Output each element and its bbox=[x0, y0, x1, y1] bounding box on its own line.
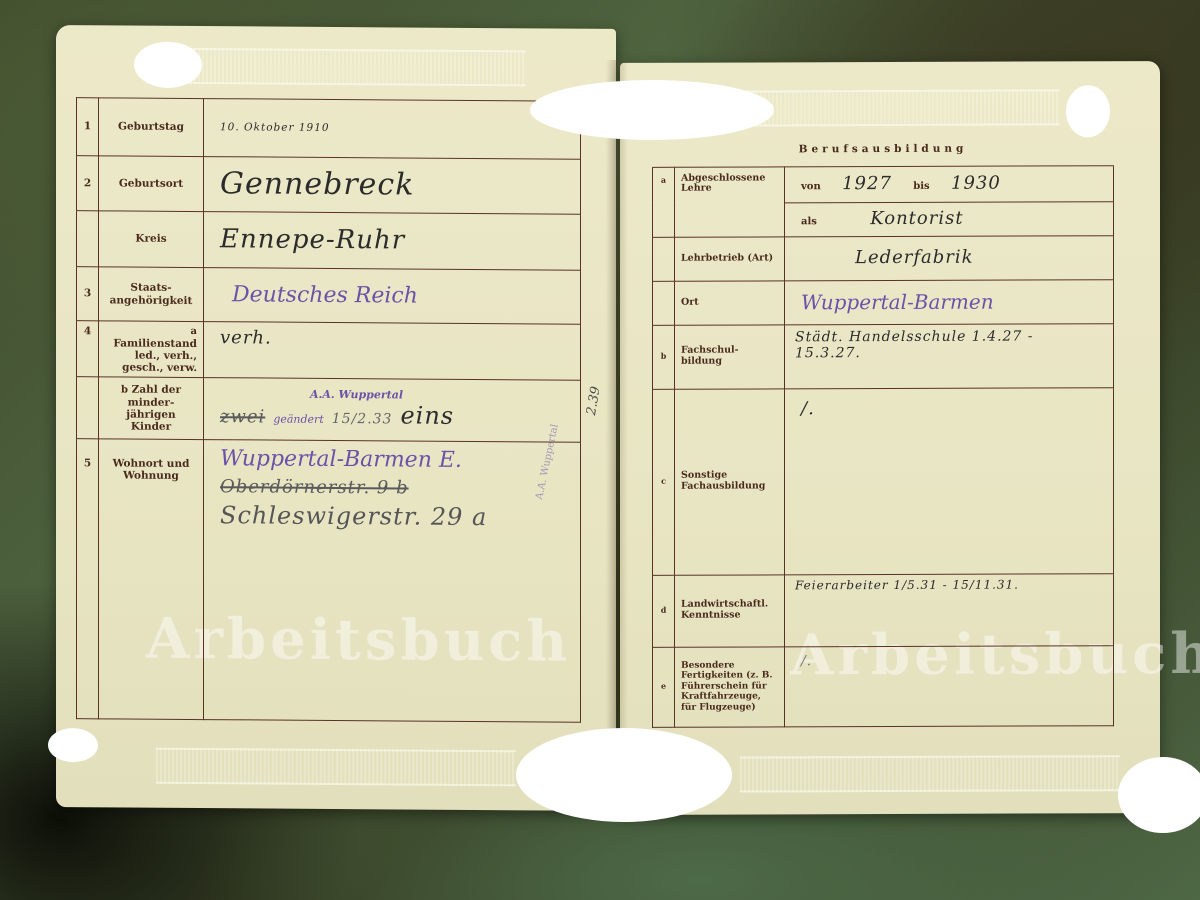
label-birthdate: Geburtstag bbox=[99, 98, 204, 157]
right-page: Arbeitsbuch Berufsausbildung a Abgeschlo… bbox=[620, 61, 1160, 815]
row-district: Kreis Ennepe-Ruhr bbox=[77, 211, 581, 271]
redaction-bottom-center bbox=[516, 728, 732, 822]
row-apprenticeship-period: a Abgeschlossene Lehre von 1927 bis 1930 bbox=[653, 165, 1114, 203]
redaction-top-center bbox=[530, 80, 774, 140]
value-special-skills: /. bbox=[785, 645, 1114, 726]
value-location-stamp: Wuppertal-Barmen bbox=[785, 279, 1114, 324]
value-apprenticeship-as: als Kontorist bbox=[785, 201, 1114, 236]
redaction-bottom-right bbox=[1118, 757, 1200, 833]
top-decorative-band bbox=[146, 48, 526, 87]
left-page: Arbeitsbuch 1 Geburtstag 10. Oktober 191… bbox=[56, 25, 616, 811]
value-children-struck: zwei bbox=[220, 407, 265, 428]
value-residence-city: Wuppertal-Barmen E. bbox=[220, 446, 564, 474]
value-training-company: Lederfabrik bbox=[785, 235, 1114, 280]
personal-data-table: 1 Geburtstag 10. Oktober 1910 2 Geburtso… bbox=[76, 97, 581, 723]
value-to-year: 1930 bbox=[951, 172, 1001, 193]
book-gutter bbox=[606, 60, 628, 812]
row-location: Ort Wuppertal-Barmen bbox=[653, 279, 1114, 325]
row-birthplace: 2 Geburtsort Gennebreck bbox=[77, 156, 581, 215]
value-district: Ennepe-Ruhr bbox=[204, 212, 581, 271]
title-row: Berufsausbildung bbox=[653, 131, 1114, 167]
value-technical-school: Städt. Handelsschule 1.4.27 - 15.3.27. bbox=[785, 323, 1114, 388]
row-technical-school: b Fachschul-bildung Städt. Handelsschule… bbox=[653, 323, 1114, 389]
stamp-date: 15/2.33 bbox=[332, 411, 393, 428]
row-residence: 5 Wohnort und Wohnung Wuppertal-Barmen E… bbox=[77, 439, 581, 723]
bottom-decorative-band bbox=[740, 755, 1120, 792]
value-birthplace: Gennebreck bbox=[204, 157, 581, 215]
bottom-decorative-band bbox=[156, 748, 516, 787]
margin-signature: 2.39 bbox=[584, 385, 604, 416]
value-children: eins bbox=[400, 402, 454, 430]
label-nationality: Staats-angehörigkeit bbox=[99, 267, 204, 322]
label-special-skills: Besondere Fertigkeiten (z. B. Führersche… bbox=[675, 646, 785, 726]
vocational-training-table: Berufsausbildung a Abgeschlossene Lehre … bbox=[652, 131, 1114, 727]
label-other-training: Sonstige Fachausbildung bbox=[675, 388, 785, 574]
stamp-changed: geändert bbox=[273, 414, 323, 427]
value-residence: Wuppertal-Barmen E. Oberdörnerstr. 9 b S… bbox=[204, 440, 581, 723]
label-birthplace: Geburtsort bbox=[99, 156, 204, 212]
value-minor-children: A.A. Wuppertal zwei geändert 15/2.33 ein… bbox=[204, 378, 581, 443]
redaction-top-right bbox=[1066, 85, 1110, 137]
label-residence: Wohnort und Wohnung bbox=[99, 439, 204, 720]
value-from-year: 1927 bbox=[842, 173, 892, 194]
row-training-company: Lehrbetrieb (Art) Lederfabrik bbox=[653, 235, 1114, 281]
label-apprenticeship: Abgeschlossene Lehre bbox=[675, 166, 785, 236]
row-special-skills: e Besondere Fertigkeiten (z. B. Führersc… bbox=[653, 645, 1114, 727]
row-other-training: c Sonstige Fachausbildung /. bbox=[653, 387, 1114, 575]
value-residence-old-street: Oberdörnerstr. 9 b bbox=[220, 477, 564, 500]
value-apprenticeship-period: von 1927 bis 1930 bbox=[785, 165, 1114, 202]
row-minor-children: b Zahl der minder-jährigen Kinder A.A. W… bbox=[77, 377, 581, 443]
row-nationality: 3 Staats-angehörigkeit Deutsches Reich bbox=[77, 267, 581, 325]
section-title: Berufsausbildung bbox=[653, 131, 1114, 167]
value-residence-street: Schleswigerstr. 29 a bbox=[220, 502, 564, 532]
label-marital-status: a Familienstand led., verh., gesch., ver… bbox=[99, 321, 204, 378]
value-occupation: Kontorist bbox=[870, 207, 963, 228]
redaction-bottom-left bbox=[48, 728, 98, 762]
label-location: Ort bbox=[675, 280, 785, 324]
label-training-company: Lehrbetrieb (Art) bbox=[675, 236, 785, 280]
label-district: Kreis bbox=[99, 211, 204, 268]
value-marital-status: verh. bbox=[204, 322, 581, 381]
row-birthdate: 1 Geburtstag 10. Oktober 1910 bbox=[77, 98, 581, 160]
value-agricultural-knowledge: Feierarbeiter 1/5.31 - 15/11.31. bbox=[785, 573, 1114, 646]
value-other-training: /. bbox=[785, 387, 1114, 574]
value-nationality-stamp: Deutsches Reich bbox=[204, 268, 581, 325]
label-agricultural-knowledge: Landwirtschaftl. Kenntnisse bbox=[675, 574, 785, 646]
redaction-top-left bbox=[134, 42, 202, 88]
label-minor-children: b Zahl der minder-jährigen Kinder bbox=[99, 377, 204, 440]
value-birthdate: 10. Oktober 1910 bbox=[204, 99, 581, 160]
label-technical-school: Fachschul-bildung bbox=[675, 324, 785, 388]
row-marital-status: 4 a Familienstand led., verh., gesch., v… bbox=[77, 321, 581, 381]
row-agricultural-knowledge: d Landwirtschaftl. Kenntnisse Feierarbei… bbox=[653, 573, 1114, 647]
